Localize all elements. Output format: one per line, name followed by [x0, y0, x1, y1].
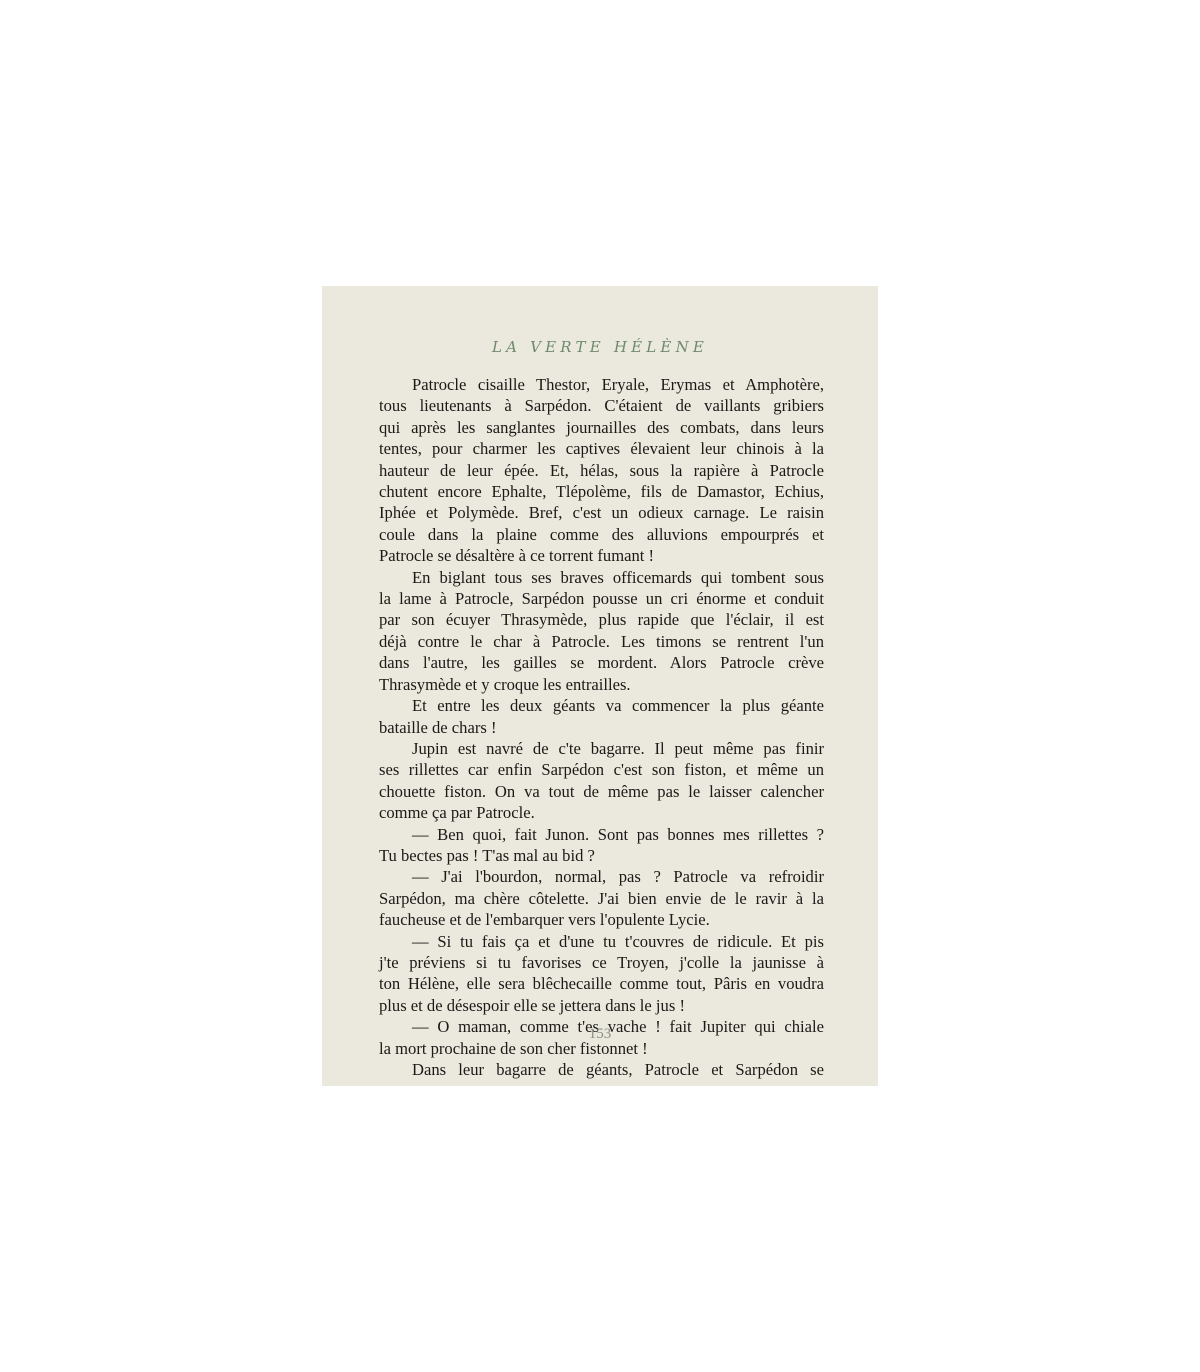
running-title: LA VERTE HÉLÈNE [322, 338, 878, 356]
body-text: Patrocle cisaille Thestor, Eryale, Eryma… [379, 374, 824, 1080]
dialogue-paragraph: — J'ai l'bourdon, normal, pas ? Patrocle… [379, 866, 824, 930]
dialogue-paragraph: — Ben quoi, fait Junon. Sont pas bonnes … [379, 824, 824, 867]
paragraph: En biglant tous ses braves officemards q… [379, 567, 824, 695]
text-line: Tu bectes pas ! T'as mal au bid ? [379, 845, 824, 866]
text-line: déjà contre le char à Patrocle. Les timo… [379, 631, 824, 652]
text-line: la lame à Patrocle, Sarpédon pousse un c… [379, 588, 824, 609]
text-line: — Si tu fais ça et d'une tu t'couvres de… [379, 931, 824, 952]
text-line: chutent encore Ephalte, Tlépolème, fils … [379, 481, 824, 502]
text-line: Sarpédon, ma chère côtelette. J'ai bien … [379, 888, 824, 909]
text-line: tous lieutenants à Sarpédon. C'étaient d… [379, 395, 824, 416]
book-page: LA VERTE HÉLÈNE Patrocle cisaille Thesto… [322, 286, 878, 1086]
text-line: coule dans la plaine comme des alluvions… [379, 524, 824, 545]
dialogue-paragraph: — Si tu fais ça et d'une tu t'couvres de… [379, 931, 824, 1017]
text-line: qui après les sanglantes journailles des… [379, 417, 824, 438]
text-line: par son écuyer Thrasymède, plus rapide q… [379, 609, 824, 630]
text-line: Thrasymède et y croque les entrailles. [379, 674, 824, 695]
text-line: Dans leur bagarre de géants, Patrocle et… [379, 1059, 824, 1080]
text-line: chouette fiston. On va tout de même pas … [379, 781, 824, 802]
text-line: tentes, pour charmer les captives élevai… [379, 438, 824, 459]
text-line: Patrocle cisaille Thestor, Eryale, Eryma… [379, 374, 824, 395]
text-line: Iphée et Polymède. Bref, c'est un odieux… [379, 502, 824, 523]
paragraph: Jupin est navré de c'te bagarre. Il peut… [379, 738, 824, 824]
paragraph: Dans leur bagarre de géants, Patrocle et… [379, 1059, 824, 1080]
text-line: bataille de chars ! [379, 717, 824, 738]
text-line: Jupin est navré de c'te bagarre. Il peut… [379, 738, 824, 759]
text-line: En biglant tous ses braves officemards q… [379, 567, 824, 588]
text-line: plus et de désespoir elle se jettera dan… [379, 995, 824, 1016]
text-line: ses rillettes car enfin Sarpédon c'est s… [379, 759, 824, 780]
text-line: — J'ai l'bourdon, normal, pas ? Patrocle… [379, 866, 824, 887]
paragraph: Et entre les deux géants va commencer la… [379, 695, 824, 738]
paragraph: Patrocle cisaille Thestor, Eryale, Eryma… [379, 374, 824, 567]
page-number: 153 [322, 1026, 878, 1043]
text-line: j'te préviens si tu favorises ce Troyen,… [379, 952, 824, 973]
text-line: hauteur de leur épée. Et, hélas, sous la… [379, 460, 824, 481]
text-line: comme ça par Patrocle. [379, 802, 824, 823]
text-line: — Ben quoi, fait Junon. Sont pas bonnes … [379, 824, 824, 845]
text-line: ton Hélène, elle sera blêchecaille comme… [379, 973, 824, 994]
text-line: dans l'autre, les gailles se mordent. Al… [379, 652, 824, 673]
text-line: faucheuse et de l'embarquer vers l'opule… [379, 909, 824, 930]
text-line: Et entre les deux géants va commencer la… [379, 695, 824, 716]
text-line: Patrocle se désaltère à ce torrent fuman… [379, 545, 824, 566]
